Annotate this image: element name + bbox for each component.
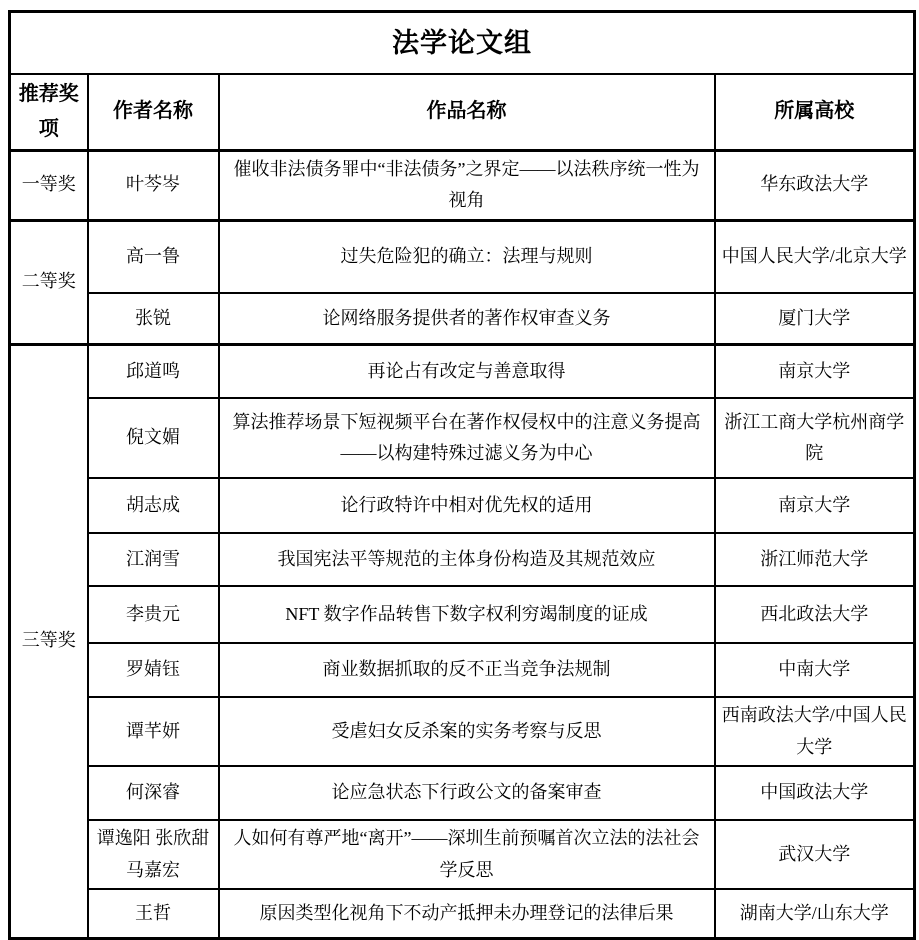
table-row: 胡志成 论行政特许中相对优先权的适用 南京大学 — [10, 478, 915, 533]
author-cell: 张锐 — [88, 293, 219, 344]
author-cell: 江润雪 — [88, 533, 219, 586]
work-cell: NFT 数字作品转售下数字权利穷竭制度的证成 — [219, 586, 715, 643]
work-cell: 人如何有尊严地“离开”——深圳生前预嘱首次立法的法社会学反思 — [219, 820, 715, 889]
university-cell: 湖南大学/山东大学 — [715, 889, 915, 938]
award-cell-third-prize: 三等奖 — [10, 344, 88, 938]
author-cell: 胡志成 — [88, 478, 219, 533]
university-cell: 浙江工商大学杭州商学院 — [715, 398, 915, 478]
university-cell: 西南政法大学/中国人民大学 — [715, 697, 915, 766]
table-row: 张锐 论网络服务提供者的著作权审查义务 厦门大学 — [10, 293, 915, 344]
university-cell: 中国政法大学 — [715, 766, 915, 820]
university-cell: 南京大学 — [715, 344, 915, 398]
col-header-author: 作者名称 — [88, 74, 219, 151]
university-cell: 南京大学 — [715, 478, 915, 533]
author-cell: 谭芊妍 — [88, 697, 219, 766]
award-cell-first-prize: 一等奖 — [10, 150, 88, 220]
table-row: 李贵元 NFT 数字作品转售下数字权利穷竭制度的证成 西北政法大学 — [10, 586, 915, 643]
work-cell: 受虐妇女反杀案的实务考察与反思 — [219, 697, 715, 766]
award-cell-second-prize: 二等奖 — [10, 220, 88, 344]
work-cell: 论行政特许中相对优先权的适用 — [219, 478, 715, 533]
university-cell: 武汉大学 — [715, 820, 915, 889]
header-row: 推荐奖项 作者名称 作品名称 所属高校 — [10, 74, 915, 151]
table-row: 罗婧钰 商业数据抓取的反不正当竞争法规制 中南大学 — [10, 643, 915, 697]
col-header-work: 作品名称 — [219, 74, 715, 151]
table-title: 法学论文组 — [10, 12, 915, 74]
title-row: 法学论文组 — [10, 12, 915, 74]
work-cell: 过失危险犯的确立：法理与规则 — [219, 220, 715, 293]
author-cell: 何深睿 — [88, 766, 219, 820]
table-row: 谭芊妍 受虐妇女反杀案的实务考察与反思 西南政法大学/中国人民大学 — [10, 697, 915, 766]
table-row: 王哲 原因类型化视角下不动产抵押未办理登记的法律后果 湖南大学/山东大学 — [10, 889, 915, 938]
table-row: 江润雪 我国宪法平等规范的主体身份构造及其规范效应 浙江师范大学 — [10, 533, 915, 586]
col-header-award: 推荐奖项 — [10, 74, 88, 151]
university-cell: 中南大学 — [715, 643, 915, 697]
table-row: 谭逸阳 张欣甜 马嘉宏 人如何有尊严地“离开”——深圳生前预嘱首次立法的法社会学… — [10, 820, 915, 889]
table-row: 倪文媚 算法推荐场景下短视频平台在著作权侵权中的注意义务提高——以构建特殊过滤义… — [10, 398, 915, 478]
university-cell: 西北政法大学 — [715, 586, 915, 643]
university-cell: 中国人民大学/北京大学 — [715, 220, 915, 293]
author-cell: 高一鲁 — [88, 220, 219, 293]
table-row: 何深睿 论应急状态下行政公文的备案审查 中国政法大学 — [10, 766, 915, 820]
author-cell: 罗婧钰 — [88, 643, 219, 697]
table-row: 三等奖 邱道鸣 再论占有改定与善意取得 南京大学 — [10, 344, 915, 398]
work-cell: 再论占有改定与善意取得 — [219, 344, 715, 398]
law-paper-award-table: 法学论文组 推荐奖项 作者名称 作品名称 所属高校 一等奖 叶芩岑 催收非法债务… — [8, 10, 916, 940]
university-cell: 厦门大学 — [715, 293, 915, 344]
work-cell: 我国宪法平等规范的主体身份构造及其规范效应 — [219, 533, 715, 586]
table-row: 二等奖 高一鲁 过失危险犯的确立：法理与规则 中国人民大学/北京大学 — [10, 220, 915, 293]
author-cell: 叶芩岑 — [88, 150, 219, 220]
author-cell: 谭逸阳 张欣甜 马嘉宏 — [88, 820, 219, 889]
author-cell: 李贵元 — [88, 586, 219, 643]
work-cell: 论网络服务提供者的著作权审查义务 — [219, 293, 715, 344]
col-header-university: 所属高校 — [715, 74, 915, 151]
work-cell: 商业数据抓取的反不正当竞争法规制 — [219, 643, 715, 697]
document-page: 法学论文组 推荐奖项 作者名称 作品名称 所属高校 一等奖 叶芩岑 催收非法债务… — [8, 10, 916, 940]
author-cell: 倪文媚 — [88, 398, 219, 478]
work-cell: 原因类型化视角下不动产抵押未办理登记的法律后果 — [219, 889, 715, 938]
work-cell: 催收非法债务罪中“非法债务”之界定——以法秩序统一性为视角 — [219, 150, 715, 220]
university-cell: 浙江师范大学 — [715, 533, 915, 586]
work-cell: 论应急状态下行政公文的备案审查 — [219, 766, 715, 820]
author-cell: 邱道鸣 — [88, 344, 219, 398]
table-row: 一等奖 叶芩岑 催收非法债务罪中“非法债务”之界定——以法秩序统一性为视角 华东… — [10, 150, 915, 220]
author-cell: 王哲 — [88, 889, 219, 938]
work-cell: 算法推荐场景下短视频平台在著作权侵权中的注意义务提高——以构建特殊过滤义务为中心 — [219, 398, 715, 478]
university-cell: 华东政法大学 — [715, 150, 915, 220]
